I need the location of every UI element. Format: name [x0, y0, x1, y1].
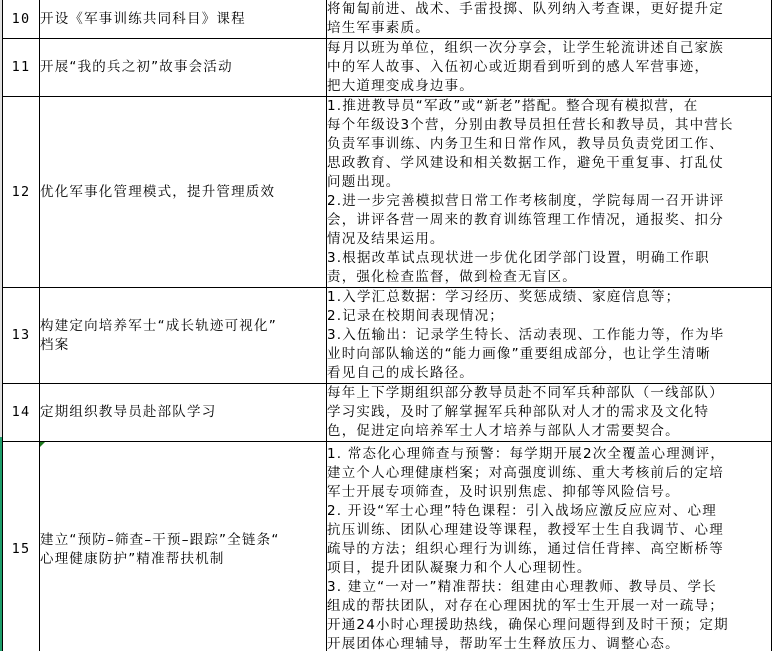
description-line: 每年上下学期组织部分教导员赴不同军兵种部队（一线部队） — [327, 384, 771, 403]
description-line: 问题出现。 — [327, 173, 771, 192]
description-line: 3.入伍输出：记录学生特长、活动表现、工作能力等，作为毕 — [327, 326, 771, 345]
item-text: 开设《军事训练共同科目》课程 — [40, 10, 326, 29]
spreadsheet-table: 10 开设《军事训练共同科目》课程 将匍匐前进、战术、手雷投掷、队列纳入考查课，… — [2, 0, 772, 651]
row-number: 12 — [12, 184, 31, 200]
description-line: 责，强化检查监督，做到检查无盲区。 — [327, 268, 771, 287]
row-number-cell[interactable]: 12 — [3, 97, 40, 288]
description-line: 3. 建立“一对一”精准帮扶：组建由心理教师、教导员、学长 — [327, 578, 771, 597]
description-line: 1. 常态化心理筛查与预警：每学期开展2次全覆盖心理测评， — [327, 445, 771, 464]
description-cell[interactable]: 将匍匐前进、战术、手雷投掷、队列纳入考查课，更好提升定 培生军事素质。 — [327, 0, 772, 39]
row-number-cell[interactable]: 13 — [3, 288, 40, 384]
item-text: 档案 — [40, 336, 326, 355]
row-number-cell[interactable]: 14 — [3, 384, 40, 442]
comment-indicator-icon — [40, 442, 45, 447]
description-line: 思政教育、学风建设和相关数据工作，避免干重复事、打乱仗 — [327, 154, 771, 173]
description-line: 1.推进教导员“军政”或“新老”搭配。整合现有模拟营，在 — [327, 97, 771, 116]
description-line: 1.入学汇总数据：学习经历、奖惩成绩、家庭信息等； — [327, 288, 771, 307]
description-line: 建立个人心理健康档案；对高强度训练、重大考核前后的定培 — [327, 464, 771, 483]
item-cell[interactable]: 开设《军事训练共同科目》课程 — [40, 0, 327, 39]
description-line: 2.记录在校期间表现情况； — [327, 307, 771, 326]
row-number: 11 — [12, 59, 31, 75]
item-text: 定期组织教导员赴部队学习 — [40, 403, 326, 422]
description-line: 学习实践，及时了解掌握军兵种部队对人才的需求及文化特 — [327, 403, 771, 422]
description-line: 组成的帮扶团队，对存在心理困扰的军士生开展一对一疏导； — [327, 597, 771, 616]
row-number: 13 — [12, 327, 31, 343]
description-line: 培生军事素质。 — [327, 19, 771, 38]
description-cell[interactable]: 每年上下学期组织部分教导员赴不同军兵种部队（一线部队） 学习实践，及时了解掌握军… — [327, 384, 772, 442]
table-row: 10 开设《军事训练共同科目》课程 将匍匐前进、战术、手雷投掷、队列纳入考查课，… — [3, 0, 772, 39]
item-cell[interactable]: 开展“我的兵之初”故事会活动 — [40, 39, 327, 97]
description-cell[interactable]: 每月以班为单位，组织一次分享会，让学生轮流讲述自己家族 中的军人故事、入伍初心或… — [327, 39, 772, 97]
item-text: 心理健康防护”精准帮扶机制 — [40, 550, 326, 569]
item-cell[interactable]: 构建定向培养军士“成长轨迹可视化” 档案 — [40, 288, 327, 384]
row-number: 10 — [12, 11, 31, 27]
item-text: 建立“预防–筛查–干预–跟踪”全链条“ — [40, 531, 326, 550]
row-number: 15 — [12, 541, 31, 557]
description-line: 色，促进定向培养军士人才培养与部队人才需要契合。 — [327, 422, 771, 441]
description-line: 看见自己的成长路径。 — [327, 364, 771, 383]
row-number-cell[interactable]: 11 — [3, 39, 40, 97]
description-line: 业时向部队输送的“能力画像”重要组成部分，也让学生清晰 — [327, 345, 771, 364]
row-number-cell[interactable]: 10 — [3, 0, 40, 39]
description-line: 项目，提升团队凝聚力和个人心理韧性。 — [327, 559, 771, 578]
description-cell[interactable]: 1.入学汇总数据：学习经历、奖惩成绩、家庭信息等； 2.记录在校期间表现情况； … — [327, 288, 772, 384]
description-line: 中的军人故事、入伍初心或近期看到听到的感人军营事迹， — [327, 58, 771, 77]
description-line: 情况及结果运用。 — [327, 230, 771, 249]
description-line: 疏导的方法；组织心理行为训练，通过信任背摔、高空断桥等 — [327, 540, 771, 559]
description-line: 抗压训练、团队心理建设等课程，教授军士生自我调节、心理 — [327, 521, 771, 540]
table-row: 12 优化军事化管理模式，提升管理质效 1.推进教导员“军政”或“新老”搭配。整… — [3, 97, 772, 288]
description-line: 把大道理变成身边事。 — [327, 77, 771, 96]
row-number: 14 — [12, 404, 31, 420]
description-line: 军士开展专项筛查，及时识别焦虑、抑郁等风险信号。 — [327, 483, 771, 502]
description-line: 会，讲评各营一周来的教育训练管理工作情况，通报奖、扣分 — [327, 211, 771, 230]
description-line: 2.进一步完善模拟营日常工作考核制度，学院每周一召开讲评 — [327, 192, 771, 211]
table-row: 15 建立“预防–筛查–干预–跟踪”全链条“ 心理健康防护”精准帮扶机制 1. … — [3, 442, 772, 651]
description-line: 每月以班为单位，组织一次分享会，让学生轮流讲述自己家族 — [327, 39, 771, 58]
item-text: 构建定向培养军士“成长轨迹可视化” — [40, 317, 326, 336]
description-line: 2. 开设“军士心理”特色课程：引入战场应激反应应对、心理 — [327, 502, 771, 521]
description-line: 将匍匐前进、战术、手雷投掷、队列纳入考查课，更好提升定 — [327, 0, 771, 19]
description-line: 负责军事训练、内务卫生和日常作风，教导员负责党团工作、 — [327, 135, 771, 154]
row-number-cell[interactable]: 15 — [3, 442, 40, 651]
item-cell[interactable]: 优化军事化管理模式，提升管理质效 — [40, 97, 327, 288]
description-line: 3.根据改革试点现状进一步优化团学部门设置，明确工作职 — [327, 249, 771, 268]
table-row: 13 构建定向培养军士“成长轨迹可视化” 档案 1.入学汇总数据：学习经历、奖惩… — [3, 288, 772, 384]
table-row: 14 定期组织教导员赴部队学习 每年上下学期组织部分教导员赴不同军兵种部队（一线… — [3, 384, 772, 442]
description-cell[interactable]: 1. 常态化心理筛查与预警：每学期开展2次全覆盖心理测评， 建立个人心理健康档案… — [327, 442, 772, 651]
description-cell[interactable]: 1.推进教导员“军政”或“新老”搭配。整合现有模拟营，在 每个年级设3个营，分别… — [327, 97, 772, 288]
description-line: 开展团体心理辅导，帮助军士生释放压力、调整心态。 — [327, 635, 771, 651]
description-line: 开通24小时心理援助热线，确保心理问题得到及时干预；定期 — [327, 616, 771, 635]
item-text: 优化军事化管理模式，提升管理质效 — [40, 183, 326, 202]
description-line: 每个年级设3个营，分别由教导员担任营长和教导员，其中营长 — [327, 116, 771, 135]
item-cell[interactable]: 建立“预防–筛查–干预–跟踪”全链条“ 心理健康防护”精准帮扶机制 — [40, 442, 327, 651]
table-row: 11 开展“我的兵之初”故事会活动 每月以班为单位，组织一次分享会，让学生轮流讲… — [3, 39, 772, 97]
item-cell[interactable]: 定期组织教导员赴部队学习 — [40, 384, 327, 442]
item-text: 开展“我的兵之初”故事会活动 — [40, 58, 326, 77]
